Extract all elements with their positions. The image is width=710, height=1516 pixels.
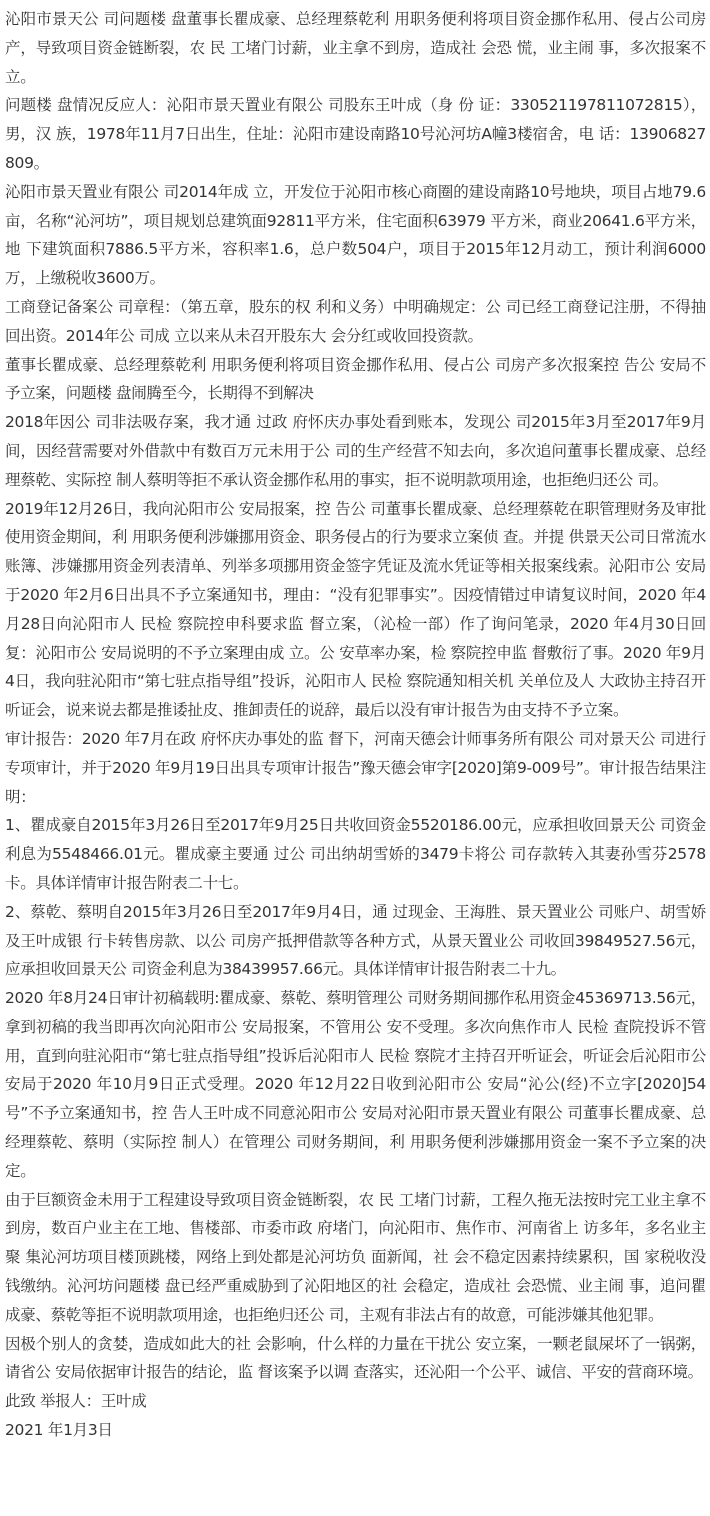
paragraph-articles-of-association: 工商登记备案公 司章程：（第五章，股东的权 利和义务）中明确规定：公 司已经工商…	[5, 293, 706, 351]
paragraph-audit-item-2: 2、蔡乾、蔡明自2015年3月26日至2017年9月4日，通 过现金、王海胜、景…	[5, 898, 706, 984]
paragraph-2018-discovery: 2018年因公 司非法吸存案，我才通 过政 府怀庆办事处看到账本，发现公 司20…	[5, 408, 706, 494]
paragraph-audit-item-1: 1、瞿成豪自2015年3月26日至2017年9月25日共收回资金5520186.…	[5, 811, 706, 897]
paragraph-audit-report: 审计报告：2020 年7月在政 府怀庆办事处的监 督下，河南天德会计师事务所有限…	[5, 725, 706, 811]
paragraph-audit-draft: 2020 年8月24日审计初稿载明:瞿成豪、蔡乾、蔡明管理公 司财务期间挪作私用…	[5, 984, 706, 1186]
paragraph-summary: 沁阳市景天公 司问题楼 盘董事长瞿成豪、总经理蔡乾利 用职务便利将项目资金挪作私…	[5, 5, 706, 91]
paragraph-company-background: 沁阳市景天置业有限公 司2014年成 立，开发位于沁阳市核心商圈的建设南路10号…	[5, 178, 706, 293]
complaint-document: 沁阳市景天公 司问题楼 盘董事长瞿成豪、总经理蔡乾利 用职务便利将项目资金挪作私…	[0, 0, 710, 1445]
paragraph-case-not-filed: 董事长瞿成豪、总经理蔡乾利 用职务便利将项目资金挪作私用、侵占公 司房产多次报案…	[5, 351, 706, 409]
paragraph-reporter-info: 问题楼 盘情况反应人：沁阳市景天置业有限公 司股东王叶成（身 份 证：33052…	[5, 91, 706, 177]
paragraph-social-impact: 由于巨额资金未用于工程建设导致项目资金链断裂，农 民 工堵门讨薪，工程久拖无法按…	[5, 1186, 706, 1330]
paragraph-appeal: 因极个别人的贪婪，造成如此大的社 会影响，什么样的力量在干扰公 安立案，一颗老鼠…	[5, 1330, 706, 1388]
signature-line: 此致 举报人：王叶成	[5, 1387, 706, 1416]
document-date: 2021 年1月3日	[5, 1416, 706, 1445]
paragraph-2019-report: 2019年12月26日，我向沁阳市公 安局报案，控 告公 司董事长瞿成豪、总经理…	[5, 495, 706, 725]
